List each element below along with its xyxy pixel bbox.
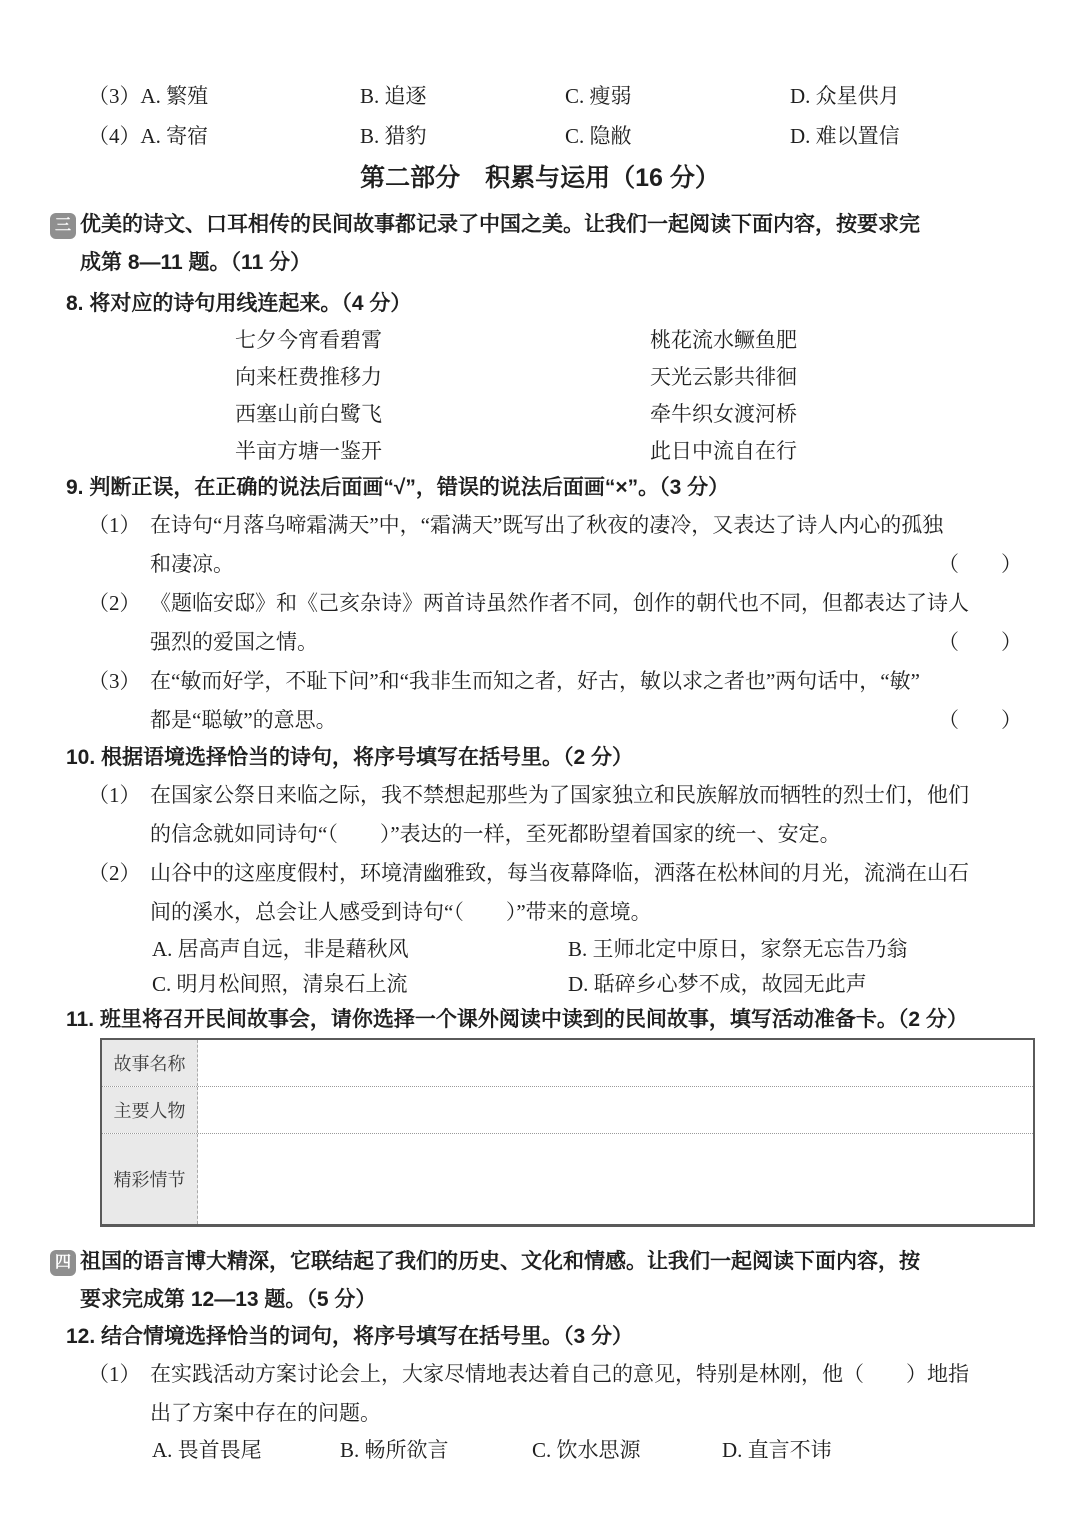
question-9-item-1: （1） 在诗句“月落乌啼霜满天”中，“霜满天”既写出了秋夜的凄冷，又表达了诗人内… [0, 506, 1080, 584]
answer-bracket: （ ） [938, 545, 1022, 584]
statement-line1: 山谷中的这座度假村，环境清幽雅致，每当夜幕降临，洒落在松林间的月光，流淌在山石 [150, 854, 1080, 893]
option-cell: （4）A. 寄宿 [88, 122, 360, 150]
section4-intro-line1: 祖国的语言博大精深，它联结起了我们的历史、文化和情感。让我们一起阅读下面内容，按 [80, 1243, 1080, 1281]
item-number: （1） [88, 506, 141, 545]
question-10-options-row1: A. 居高声自远，非是藉秋风 B. 王师北定中原日，家祭无忘告乃翁 [0, 932, 1080, 967]
option-b: B. 王师北定中原日，家祭无忘告乃翁 [568, 932, 1080, 967]
question-12-item-1: （1） 在实践活动方案讨论会上，大家尽情地表达着自己的意见，特别是林刚，他（ ）… [0, 1355, 1080, 1433]
top-option-rows: （3）A. 繁殖 B. 追逐 C. 瘦弱 D. 众星供月 （4）A. 寄宿 B.… [0, 82, 1080, 150]
question-12-options-row: A. 畏首畏尾 B. 畅所欲言 C. 饮水思源 D. 直言不讳 [0, 1433, 1080, 1468]
table-row-highlight-plot: 精彩情节 [102, 1133, 1033, 1224]
statement-line1: 在国家公祭日来临之际，我不禁想起那些为了国家独立和民族解放而牺牲的烈士们，他们 [150, 776, 1080, 815]
section4-badge-icon: 四 [50, 1250, 76, 1276]
question-9-stem: 9. 判断正误，在正确的说法后面画“√”，错误的说法后面画“×”。（3 分） [0, 470, 1080, 506]
statement-line2: 的信念就如同诗句“（ ）”表达的一样，至死都盼望着国家的统一、安定。 [150, 815, 1080, 854]
option-c: C. 瘦弱 [565, 82, 790, 110]
poem-line-left: 西塞山前白鹭飞 [235, 396, 650, 433]
item-number: （3） [88, 84, 141, 108]
option-d: D. 难以置信 [790, 122, 1080, 150]
option-d: D. 众星供月 [790, 82, 1080, 110]
statement-line2: 间的溪水，总会让人感受到诗句“（ ）”带来的意境。 [150, 893, 1080, 932]
option-cell: （3）A. 繁殖 [88, 82, 360, 110]
item-number: （1） [88, 776, 141, 815]
prep-card-table: 故事名称 主要人物 精彩情节 [100, 1038, 1035, 1227]
question-8-stem: 8. 将对应的诗句用线连起来。（4 分） [0, 286, 1080, 322]
question-9-item-2: （2） 《题临安邸》和《己亥杂诗》两首诗虽然作者不同，创作的朝代也不同，但都表达… [0, 584, 1080, 662]
option-b: B. 畅所欲言 [340, 1433, 532, 1468]
item-number: （1） [88, 1355, 141, 1394]
item-number: （2） [88, 584, 141, 623]
statement-line2: 出了方案中存在的问题。 [150, 1394, 1080, 1433]
question-10-item-1: （1） 在国家公祭日来临之际，我不禁想起那些为了国家独立和民族解放而牺牲的烈士们… [0, 776, 1080, 854]
option-b: B. 猎豹 [360, 122, 565, 150]
poem-line-left: 半亩方塘一鉴开 [235, 433, 650, 470]
poem-line-right: 天光云影共徘徊 [650, 359, 797, 396]
poem-line-left: 向来枉费推移力 [235, 359, 650, 396]
table-label-cell: 主要人物 [102, 1087, 198, 1133]
statement-line1: 在实践活动方案讨论会上，大家尽情地表达着自己的意见，特别是林刚，他（ ）地指 [150, 1355, 1080, 1394]
option-c: C. 明月松间照，清泉石上流 [152, 967, 568, 1002]
question-12-stem: 12. 结合情境选择恰当的词句，将序号填写在括号里。（3 分） [0, 1319, 1080, 1355]
question-10-item-2: （2） 山谷中的这座度假村，环境清幽雅致，每当夜幕降临，洒落在松林间的月光，流淌… [0, 854, 1080, 932]
option-a: A. 寄宿 [141, 124, 209, 148]
question-10-options-row2: C. 明月松间照，清泉石上流 D. 聒碎乡心梦不成，故园无此声 [0, 967, 1080, 1002]
section4-intro-line2: 要求完成第 12—13 题。（5 分） [80, 1281, 1080, 1319]
option-c: C. 饮水思源 [532, 1433, 722, 1468]
table-answer-cell [198, 1134, 1033, 1224]
statement-line1: 《题临安邸》和《己亥杂诗》两首诗虽然作者不同，创作的朝代也不同，但都表达了诗人 [150, 584, 1080, 623]
poem-line-left: 七夕今宵看碧霄 [235, 322, 650, 359]
poem-match-row: 西塞山前白鹭飞 牵牛织女渡河桥 [235, 396, 1080, 433]
poem-match-row: 半亩方塘一鉴开 此日中流自在行 [235, 433, 1080, 470]
option-b: B. 追逐 [360, 82, 565, 110]
option-a: A. 繁殖 [141, 84, 209, 108]
table-row-main-characters: 主要人物 [102, 1086, 1033, 1133]
option-row-3: （3）A. 繁殖 B. 追逐 C. 瘦弱 D. 众星供月 [0, 82, 1080, 110]
option-a: A. 居高声自远，非是藉秋风 [152, 932, 568, 967]
option-row-4: （4）A. 寄宿 B. 猎豹 C. 隐敝 D. 难以置信 [0, 122, 1080, 150]
table-answer-cell [198, 1040, 1033, 1086]
section4-intro: 四 祖国的语言博大精深，它联结起了我们的历史、文化和情感。让我们一起阅读下面内容… [0, 1243, 1080, 1319]
table-label-cell: 精彩情节 [102, 1134, 198, 1224]
statement-line1: 在诗句“月落乌啼霜满天”中，“霜满天”既写出了秋夜的凄冷，又表达了诗人内心的孤独 [150, 506, 1080, 545]
poem-match-row: 七夕今宵看碧霄 桃花流水鳜鱼肥 [235, 322, 1080, 359]
option-a: A. 畏首畏尾 [152, 1433, 340, 1468]
answer-bracket: （ ） [938, 623, 1022, 662]
poem-line-right: 桃花流水鳜鱼肥 [650, 322, 797, 359]
question-8-matching: 七夕今宵看碧霄 桃花流水鳜鱼肥 向来枉费推移力 天光云影共徘徊 西塞山前白鹭飞 … [0, 322, 1080, 470]
item-number: （4） [88, 124, 141, 148]
section3-intro: 三 优美的诗文、口耳相传的民间故事都记录了中国之美。让我们一起阅读下面内容，按要… [0, 206, 1080, 282]
item-number: （3） [88, 662, 141, 701]
section3-intro-line2: 成第 8—11 题。（11 分） [80, 244, 1080, 282]
section3-badge-icon: 三 [50, 213, 76, 239]
question-11-stem: 11. 班里将召开民间故事会，请你选择一个课外阅读中读到的民间故事，填写活动准备… [0, 1002, 1080, 1038]
option-d: D. 直言不讳 [722, 1433, 1080, 1468]
statement-line1: 在“敏而好学，不耻下问”和“我非生而知之者，好古，敏以求之者也”两句话中，“敏” [150, 662, 1080, 701]
option-c: C. 隐敝 [565, 122, 790, 150]
question-10-stem: 10. 根据语境选择恰当的诗句，将序号填写在括号里。（2 分） [0, 740, 1080, 776]
table-label-cell: 故事名称 [102, 1040, 198, 1086]
table-answer-cell [198, 1087, 1033, 1133]
section3-intro-line1: 优美的诗文、口耳相传的民间故事都记录了中国之美。让我们一起阅读下面内容，按要求完 [80, 206, 1080, 244]
item-number: （2） [88, 854, 141, 893]
poem-line-right: 牵牛织女渡河桥 [650, 396, 797, 433]
question-9-item-3: （3） 在“敏而好学，不耻下问”和“我非生而知之者，好古，敏以求之者也”两句话中… [0, 662, 1080, 740]
answer-bracket: （ ） [938, 701, 1022, 740]
poem-match-row: 向来枉费推移力 天光云影共徘徊 [235, 359, 1080, 396]
poem-line-right: 此日中流自在行 [650, 433, 797, 470]
part2-heading: 第二部分 积累与运用（16 分） [0, 162, 1080, 194]
table-row-story-name: 故事名称 [102, 1040, 1033, 1086]
option-d: D. 聒碎乡心梦不成，故园无此声 [568, 967, 1080, 1002]
